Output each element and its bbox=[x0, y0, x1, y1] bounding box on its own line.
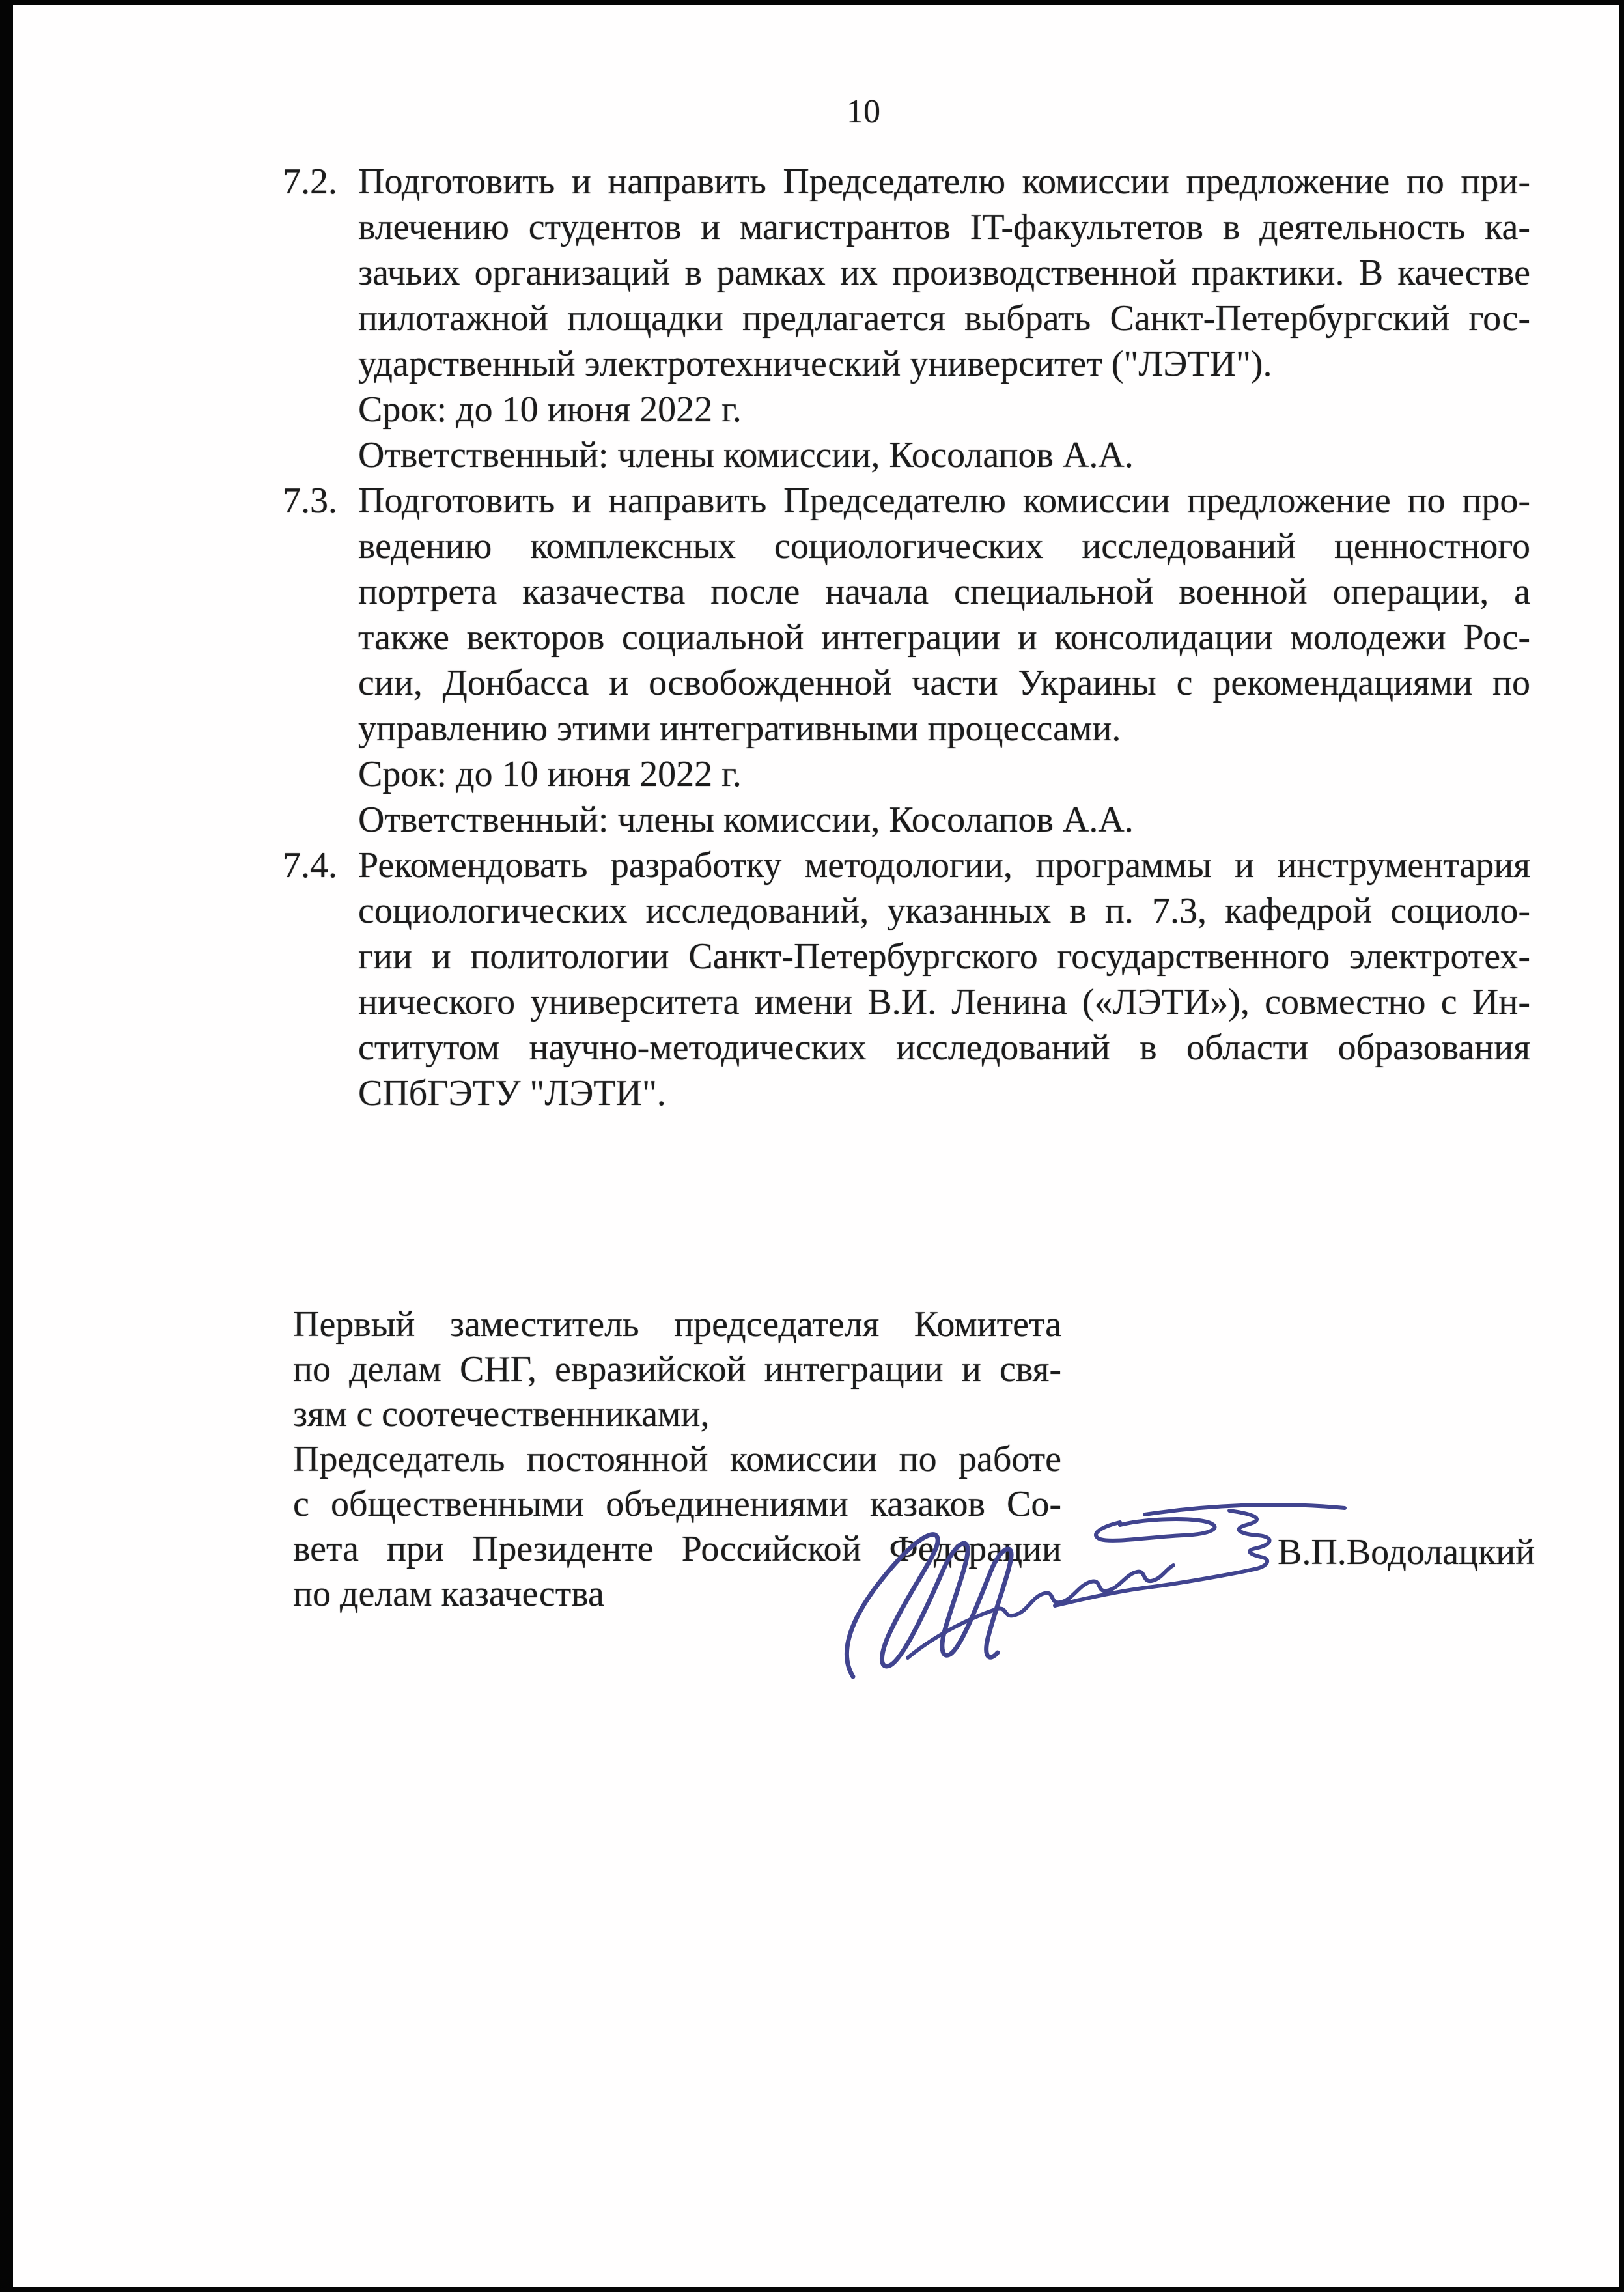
signature-title-line: Первый заместитель председателя Комитета bbox=[293, 1302, 1061, 1347]
paragraph-text: Подготовить и направить Председателю ком… bbox=[358, 159, 1530, 478]
text-line: Подготовить и направить Председателю ком… bbox=[358, 159, 1530, 204]
text-line: Рекомендовать разработку методологии, пр… bbox=[358, 843, 1530, 888]
document-page: 10 7.2. Подготовить и направить Председа… bbox=[0, 0, 1624, 2292]
paragraph-7-2: 7.2. Подготовить и направить Председател… bbox=[283, 159, 1530, 478]
text-line: сии, Донбасса и освобожденной части Укра… bbox=[358, 660, 1530, 706]
paragraph-7-3: 7.3. Подготовить и направить Председател… bbox=[283, 478, 1530, 843]
paragraph-7-4: 7.4. Рекомендовать разработку методологи… bbox=[283, 843, 1530, 1116]
paragraph-text: Подготовить и направить Председателю ком… bbox=[358, 478, 1530, 843]
paragraph-number: 7.4. bbox=[283, 843, 358, 1116]
text-line: портрета казачества после начала специал… bbox=[358, 569, 1530, 615]
text-line: также векторов социальной интеграции и к… bbox=[358, 615, 1530, 660]
text-line: социологических исследований, указанных … bbox=[358, 888, 1530, 934]
signature-title-line: Председатель постоянной комиссии по рабо… bbox=[293, 1437, 1061, 1482]
responsible-line: Ответственный: члены комиссии, Косолапов… bbox=[358, 432, 1530, 478]
signatory-name: В.П.Водолацкий bbox=[1278, 1534, 1535, 1571]
text-line: нического университета имени В.И. Ленина… bbox=[358, 979, 1530, 1025]
text-line: ведению комплексных социологических иссл… bbox=[358, 524, 1530, 569]
text-line: ститутом научно-методических исследовани… bbox=[358, 1025, 1530, 1070]
paragraph-number: 7.2. bbox=[283, 159, 358, 478]
deadline-line: Срок: до 10 июня 2022 г. bbox=[358, 751, 1530, 797]
signature-title-line: зям с соотечественниками, bbox=[293, 1392, 1061, 1437]
text-line: зачьих организаций в рамках их производс… bbox=[358, 250, 1530, 296]
page-number: 10 bbox=[847, 95, 880, 129]
text-line: СПбГЭТУ "ЛЭТИ". bbox=[358, 1070, 1530, 1116]
text-line: влечению студентов и магистрантов IT-фак… bbox=[358, 204, 1530, 250]
text-line: гии и политологии Санкт-Петербургского г… bbox=[358, 934, 1530, 979]
text-line: Подготовить и направить Председателю ком… bbox=[358, 478, 1530, 524]
document-body: 7.2. Подготовить и направить Председател… bbox=[283, 159, 1530, 1116]
signature-scribble bbox=[840, 1491, 1348, 1706]
paragraph-text: Рекомендовать разработку методологии, пр… bbox=[358, 843, 1530, 1116]
text-line: пилотажной площадки предлагается выбрать… bbox=[358, 296, 1530, 341]
signature-title-line: по делам СНГ, евразийской интеграции и с… bbox=[293, 1347, 1061, 1392]
text-line: управлению этими интегративными процесса… bbox=[358, 706, 1530, 751]
text-line: ударственный электротехнический универси… bbox=[358, 341, 1530, 387]
paragraph-number: 7.3. bbox=[283, 478, 358, 843]
deadline-line: Срок: до 10 июня 2022 г. bbox=[358, 387, 1530, 432]
responsible-line: Ответственный: члены комиссии, Косолапов… bbox=[358, 797, 1530, 843]
